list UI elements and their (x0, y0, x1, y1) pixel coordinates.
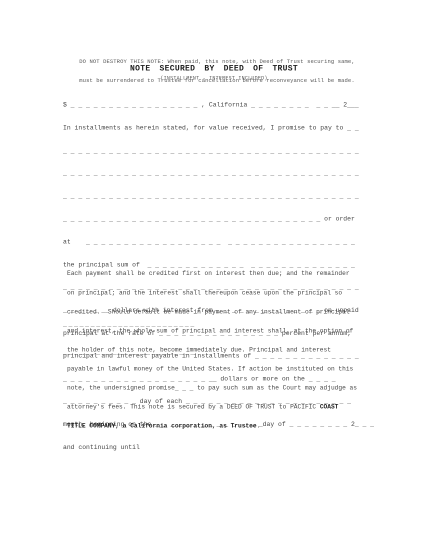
note-form-page: DO NOT DESTROY THIS NOTE: When paid, thi… (0, 0, 428, 554)
terms-line: Each payment shall be credited first on … (67, 271, 367, 277)
document-scan: DO NOT DESTROY THIS NOTE: When paid, thi… (0, 0, 428, 554)
trustee-name-part1: COAST (320, 404, 339, 411)
deed-of-trust-text: attorney's fees. This note is secured by… (67, 404, 320, 411)
payee-blank-line: _ _ _ _ _ _ _ _ _ _ _ _ _ _ _ _ _ _ _ _ … (63, 147, 383, 155)
or-order-line: _ _ _ _ _ _ _ _ _ _ _ _ _ _ _ _ _ _ _ _ … (63, 215, 383, 223)
document-subtitle: (INSTALLMENT - INTEREST INCLUDED) (0, 76, 428, 82)
amount-and-place-line: $ _ _ _ _ _ _ _ _ _ _ _ _ _ _ _ _ _ , Ca… (63, 101, 383, 109)
document-title: NOTE SECURED BY DEED OF TRUST (0, 64, 428, 73)
at-place-line: at _ _ _ _ _ _ _ _ _ _ _ _ _ _ _ _ _ _ _… (63, 238, 383, 246)
terms-line: and interest, the whole sum of principal… (67, 328, 367, 334)
terms-line: credited. Should default be made in paym… (67, 309, 367, 315)
payee-blank-line: _ _ _ _ _ _ _ _ _ _ _ _ _ _ _ _ _ _ _ _ … (63, 170, 383, 178)
payee-blank-line: _ _ _ _ _ _ _ _ _ _ _ _ _ _ _ _ _ _ _ _ … (63, 192, 383, 200)
trustee-line-period: . (257, 423, 261, 430)
terms-line: on principal; and the interest shall the… (67, 290, 367, 296)
signature-line-1: ________________________ (63, 320, 196, 328)
terms-line: note, the undersigned promise_ _ _ to pa… (67, 385, 367, 391)
signature-line-2: ________________________ (63, 348, 196, 356)
terms-line: payable in lawful money of the United St… (67, 366, 367, 372)
terms-line-trustee-name: TITLE COMPANY, a California corporation,… (67, 423, 367, 429)
continuing-until-line: and continuing until (63, 443, 383, 451)
promise-to-pay-line: In installments as herein stated, for va… (63, 124, 383, 132)
trustee-name-part2: TITLE COMPANY, a California corporation,… (67, 423, 257, 430)
terms-line-trustee-intro: attorney's fees. This note is secured by… (67, 404, 367, 410)
